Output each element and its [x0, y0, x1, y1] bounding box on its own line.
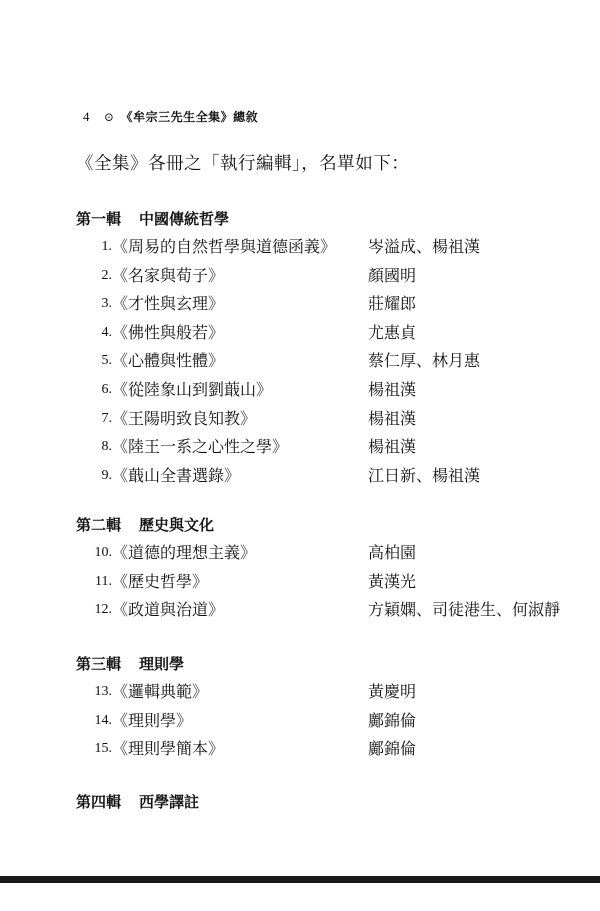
- list-item: 9. 《蕺山全書選錄》 江日新、楊祖漢: [76, 462, 596, 491]
- book-title: 《名家與荀子》: [112, 262, 368, 291]
- list-item: 4. 《佛性與般若》 尤惠貞: [76, 319, 596, 348]
- entry-number: 9.: [76, 462, 112, 491]
- page-bottom-border: [0, 876, 600, 883]
- section-label: 第四輯: [76, 793, 121, 811]
- entry-number: 4.: [76, 319, 112, 348]
- entry-number: 8.: [76, 433, 112, 462]
- editor-names: 岑溢成、楊祖漢: [368, 233, 480, 262]
- list-item: 11. 《歷史哲學》 黃漢光: [76, 568, 596, 597]
- list-item: 13. 《邏輯典範》 黃慶明: [76, 678, 596, 707]
- book-title: 《佛性與般若》: [112, 319, 368, 348]
- book-title: 《心體與性體》: [112, 347, 368, 376]
- list-item: 8. 《陸王一系之心性之學》 楊祖漢: [76, 433, 596, 462]
- book-title: 《歷史哲學》: [112, 568, 368, 597]
- entry-number: 1.: [76, 233, 112, 262]
- editor-names: 鄺錦倫: [368, 735, 416, 764]
- editor-names: 高柏園: [368, 539, 416, 568]
- book-title: 《蕺山全書選錄》: [112, 462, 368, 491]
- entry-number: 7.: [76, 405, 112, 434]
- list-item: 3. 《才性與玄理》 莊耀郎: [76, 290, 596, 319]
- editor-names: 蔡仁厚、林月惠: [368, 347, 480, 376]
- book-title: 《道德的理想主義》: [112, 539, 368, 568]
- running-header: 4 ⊙ 《牟宗三先生全集》總敘: [83, 108, 258, 125]
- editor-names: 尤惠貞: [368, 319, 416, 348]
- entry-number: 14.: [76, 707, 112, 736]
- section-title: 理則學: [139, 655, 184, 673]
- running-title: 《牟宗三先生全集》總敘: [121, 108, 259, 125]
- section-title: 中國傳統哲學: [139, 210, 229, 228]
- book-title: 《從陸象山到劉蕺山》: [112, 376, 368, 405]
- section-heading: 第四輯西學譯註: [76, 788, 596, 816]
- book-title: 《陸王一系之心性之學》: [112, 433, 368, 462]
- editor-names: 楊祖漢: [368, 376, 416, 405]
- section-title: 西學譯註: [139, 793, 199, 811]
- section-3: 第三輯理則學 13. 《邏輯典範》 黃慶明 14. 《理則學》 鄺錦倫 15. …: [76, 650, 596, 764]
- editor-names: 黃慶明: [368, 678, 416, 707]
- section-heading: 第三輯理則學: [76, 650, 596, 678]
- circle-dot-icon: ⊙: [104, 110, 115, 124]
- list-item: 14. 《理則學》 鄺錦倫: [76, 707, 596, 736]
- editor-names: 江日新、楊祖漢: [368, 462, 480, 491]
- book-title: 《王陽明致良知教》: [112, 405, 368, 434]
- section-heading: 第一輯中國傳統哲學: [76, 205, 596, 233]
- list-item: 6. 《從陸象山到劉蕺山》 楊祖漢: [76, 376, 596, 405]
- entry-number: 10.: [76, 539, 112, 568]
- editor-names: 楊祖漢: [368, 405, 416, 434]
- editor-names: 莊耀郎: [368, 290, 416, 319]
- list-item: 2. 《名家與荀子》 顏國明: [76, 262, 596, 291]
- editor-names: 鄺錦倫: [368, 707, 416, 736]
- list-item: 1. 《周易的自然哲學與道德函義》 岑溢成、楊祖漢: [76, 233, 596, 262]
- section-4: 第四輯西學譯註: [76, 788, 596, 816]
- section-2: 第二輯歷史與文化 10. 《道德的理想主義》 高柏園 11. 《歷史哲學》 黃漢…: [76, 511, 596, 625]
- entry-number: 2.: [76, 262, 112, 291]
- book-title: 《才性與玄理》: [112, 290, 368, 319]
- entry-number: 13.: [76, 678, 112, 707]
- editor-names: 方穎嫻、司徒港生、何淑靜: [368, 596, 560, 625]
- section-label: 第二輯: [76, 516, 121, 534]
- entry-number: 11.: [76, 568, 112, 597]
- section-title: 歷史與文化: [139, 516, 214, 534]
- editor-names: 楊祖漢: [368, 433, 416, 462]
- book-title: 《政道與治道》: [112, 596, 368, 625]
- book-title: 《周易的自然哲學與道德函義》: [112, 233, 368, 262]
- editor-names: 顏國明: [368, 262, 416, 291]
- list-item: 12. 《政道與治道》 方穎嫻、司徒港生、何淑靜: [76, 596, 596, 625]
- section-heading: 第二輯歷史與文化: [76, 511, 596, 539]
- book-title: 《理則學簡本》: [112, 735, 368, 764]
- book-title: 《理則學》: [112, 707, 368, 736]
- page-number: 4: [83, 109, 90, 125]
- book-title: 《邏輯典範》: [112, 678, 368, 707]
- section-1: 第一輯中國傳統哲學 1. 《周易的自然哲學與道德函義》 岑溢成、楊祖漢 2. 《…: [76, 205, 596, 490]
- entry-number: 15.: [76, 735, 112, 764]
- section-label: 第一輯: [76, 210, 121, 228]
- editor-names: 黃漢光: [368, 568, 416, 597]
- entry-number: 5.: [76, 347, 112, 376]
- intro-text: 《全集》各冊之「執行編輯」，名單如下：: [76, 150, 409, 175]
- list-item: 7. 《王陽明致良知教》 楊祖漢: [76, 405, 596, 434]
- list-item: 15. 《理則學簡本》 鄺錦倫: [76, 735, 596, 764]
- entry-number: 12.: [76, 596, 112, 625]
- list-item: 5. 《心體與性體》 蔡仁厚、林月惠: [76, 347, 596, 376]
- list-item: 10. 《道德的理想主義》 高柏園: [76, 539, 596, 568]
- section-label: 第三輯: [76, 655, 121, 673]
- entry-number: 6.: [76, 376, 112, 405]
- entry-number: 3.: [76, 290, 112, 319]
